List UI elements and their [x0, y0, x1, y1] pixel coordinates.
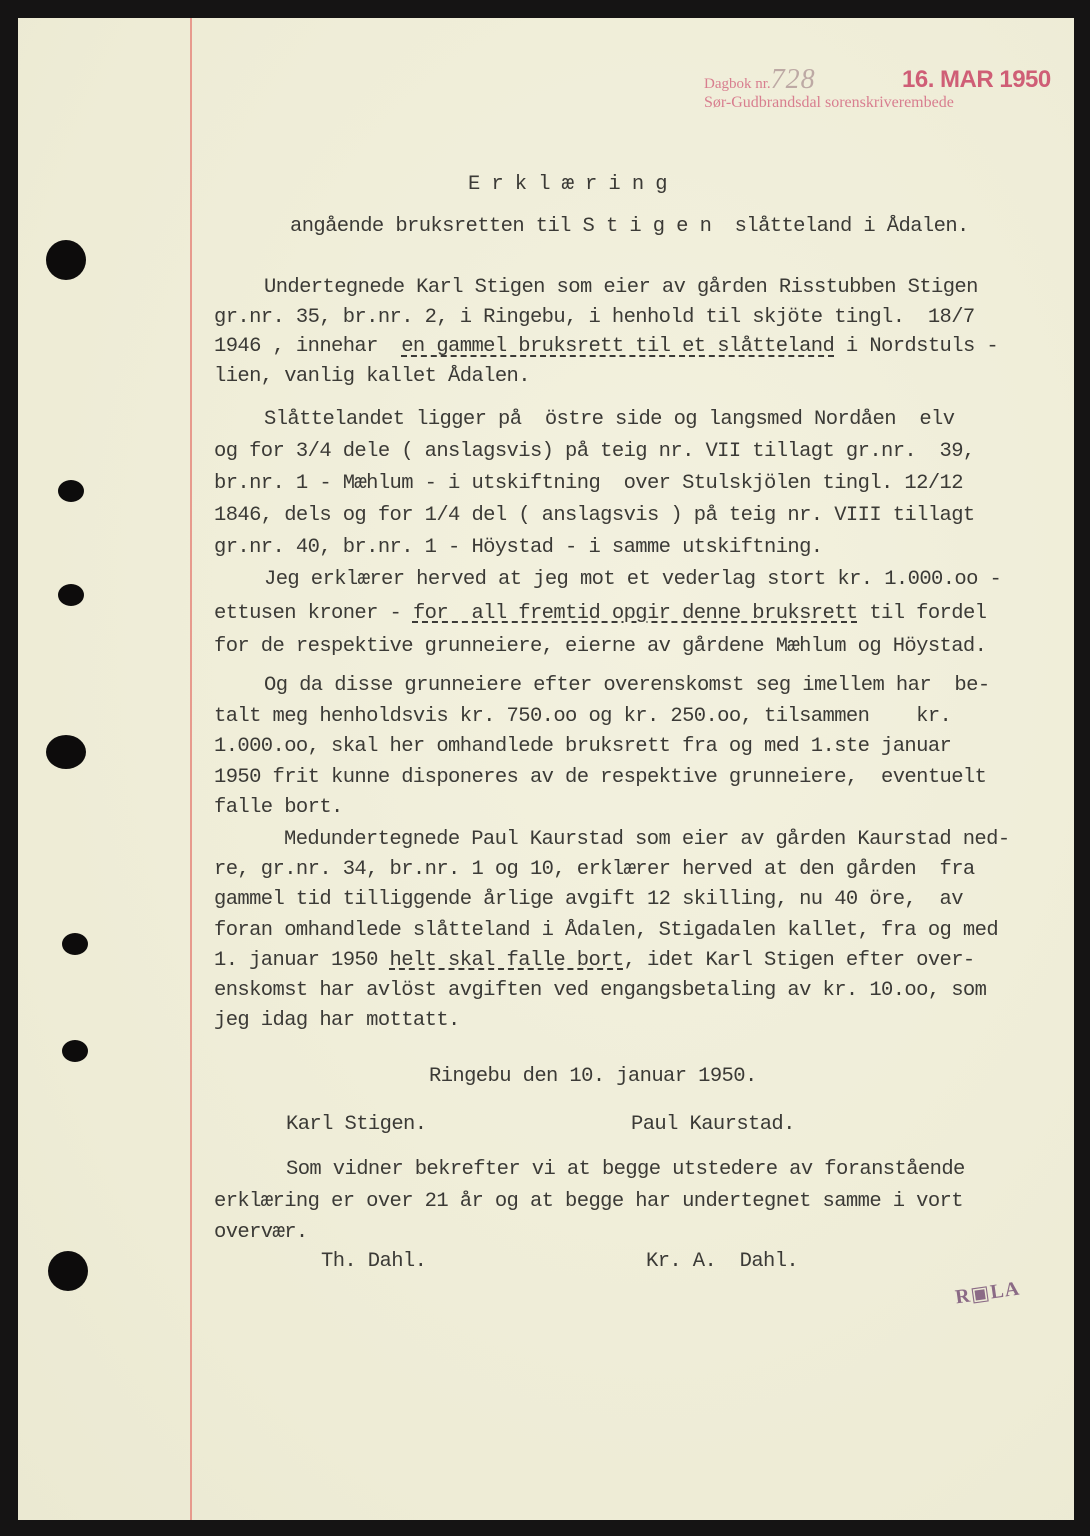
line-text: for de respektive grunneiere, eierne av … [214, 635, 986, 658]
underlined-text: helt skal falle bort [390, 949, 624, 972]
document-subtitle: angående bruksretten til S t i g e n slå… [290, 215, 969, 238]
punch-hole-6 [62, 1040, 88, 1062]
text-line: ettusen kroner - for all fremtid opgir d… [214, 602, 986, 625]
underlined-text: en gammel bruksrett til et slåtteland [401, 335, 834, 358]
line-text: lien, vanlig kallet Ådalen. [214, 365, 530, 388]
line-text: falle bort. [214, 796, 343, 819]
punch-hole-7 [48, 1251, 88, 1291]
line-text: jeg idag har mottatt. [214, 1009, 460, 1032]
text-line: Slåttelandet ligger på östre side og lan… [264, 408, 954, 431]
text-line: overvær. [214, 1221, 308, 1244]
line-text: ettusen kroner - [214, 602, 413, 625]
line-text: enskomst har avlöst avgiften ved engangs… [214, 979, 986, 1002]
signature-karl-stigen: Karl Stigen. [286, 1113, 426, 1136]
text-line: gammel tid tilliggende årlige avgift 12 … [214, 888, 963, 911]
line-text: gammel tid tilliggende årlige avgift 12 … [214, 888, 963, 911]
text-line: Undertegnede Karl Stigen som eier av går… [264, 276, 978, 299]
punch-hole-4 [46, 735, 86, 769]
text-line: gr.nr. 40, br.nr. 1 - Höystad - i samme … [214, 536, 823, 559]
line-text: , idet Karl Stigen efter over- [624, 949, 975, 972]
text-line: 1950 frit kunne disponeres av de respekt… [214, 766, 986, 789]
text-line: 1946 , innehar en gammel bruksrett til e… [214, 335, 998, 358]
dagbok-number: 728 [771, 64, 816, 95]
witness-kr-a-dahl: Kr. A. Dahl. [646, 1250, 798, 1273]
punch-hole-3 [58, 584, 84, 606]
line-text: til fordel [858, 602, 987, 625]
dagbok-label: Dagbok nr. [704, 76, 771, 92]
line-text: erklæring er over 21 år og at begge har … [214, 1190, 963, 1213]
line-text: gr.nr. 35, br.nr. 2, i Ringebu, i henhol… [214, 306, 975, 329]
line-text: overvær. [214, 1221, 308, 1244]
line-text: gr.nr. 40, br.nr. 1 - Höystad - i samme … [214, 536, 823, 559]
text-line: erklæring er over 21 år og at begge har … [214, 1190, 963, 1213]
punch-hole-5 [62, 933, 88, 955]
stamp-date: 16. MAR 1950 [902, 66, 1051, 94]
text-line: for de respektive grunneiere, eierne av … [214, 635, 986, 658]
text-line: Som vidner bekrefter vi at begge utstede… [286, 1158, 965, 1181]
line-text: 1846, dels og for 1/4 del ( anslagsvis )… [214, 504, 975, 527]
line-text: 1. januar 1950 [214, 949, 390, 972]
archive-stamp: R▣LA [954, 1276, 1022, 1310]
witness-th-dahl: Th. Dahl. [321, 1250, 426, 1273]
red-margin-line [190, 18, 192, 1520]
text-line: Jeg erklærer herved at jeg mot et vederl… [264, 568, 1001, 591]
text-line: jeg idag har mottatt. [214, 1009, 460, 1032]
text-line: re, gr.nr. 34, br.nr. 1 og 10, erklærer … [214, 858, 975, 881]
line-text: 1.000.oo, skal her omhandlede bruksrett … [214, 735, 951, 758]
document-page: Dagbok nr.728 16. MAR 1950 Sør-Gudbrands… [18, 18, 1074, 1520]
line-text: br.nr. 1 - Mæhlum - i utskiftning over S… [214, 472, 963, 495]
underlined-text: for all fremtid opgir denne bruksrett [413, 602, 858, 625]
line-text: 1946 , innehar [214, 335, 401, 358]
text-line: og for 3/4 dele ( anslagsvis) på teig nr… [214, 440, 975, 463]
line-text: Jeg erklærer herved at jeg mot et vederl… [264, 568, 1001, 591]
document-title: E r k l æ r i n g [468, 173, 667, 196]
line-text: i Nordstuls - [834, 335, 998, 358]
text-line: enskomst har avlöst avgiften ved engangs… [214, 979, 986, 1002]
line-text: Medundertegnede Paul Kaurstad som eier a… [284, 828, 1010, 851]
text-line: gr.nr. 35, br.nr. 2, i Ringebu, i henhol… [214, 306, 975, 329]
text-line: Medundertegnede Paul Kaurstad som eier a… [284, 828, 1010, 851]
line-text: og for 3/4 dele ( anslagsvis) på teig nr… [214, 440, 975, 463]
line-text: Slåttelandet ligger på östre side og lan… [264, 408, 954, 431]
line-text: 1950 frit kunne disponeres av de respekt… [214, 766, 986, 789]
line-text: foran omhandlede slåtteland i Ådalen, St… [214, 919, 998, 942]
line-text: re, gr.nr. 34, br.nr. 1 og 10, erklærer … [214, 858, 975, 881]
text-line: br.nr. 1 - Mæhlum - i utskiftning over S… [214, 472, 963, 495]
text-line: 1.000.oo, skal her omhandlede bruksrett … [214, 735, 951, 758]
text-line: Og da disse grunneiere efter overenskoms… [264, 674, 990, 697]
line-text: talt meg henholdsvis kr. 750.oo og kr. 2… [214, 705, 951, 728]
line-text: Undertegnede Karl Stigen som eier av går… [264, 276, 978, 299]
punch-hole-2 [58, 480, 84, 502]
stamp-office: Sør-Gudbrandsdal sorenskriverembede [704, 94, 954, 112]
text-line: lien, vanlig kallet Ådalen. [214, 365, 530, 388]
line-text: Som vidner bekrefter vi at begge utstede… [286, 1158, 965, 1181]
punch-hole-1 [46, 240, 86, 280]
text-line: 1846, dels og for 1/4 del ( anslagsvis )… [214, 504, 975, 527]
text-line: foran omhandlede slåtteland i Ådalen, St… [214, 919, 998, 942]
text-line: talt meg henholdsvis kr. 750.oo og kr. 2… [214, 705, 951, 728]
text-line: falle bort. [214, 796, 343, 819]
text-line: 1. januar 1950 helt skal falle bort, ide… [214, 949, 975, 972]
place-date: Ringebu den 10. januar 1950. [429, 1065, 757, 1088]
signature-paul-kaurstad: Paul Kaurstad. [631, 1113, 795, 1136]
line-text: Og da disse grunneiere efter overenskoms… [264, 674, 990, 697]
